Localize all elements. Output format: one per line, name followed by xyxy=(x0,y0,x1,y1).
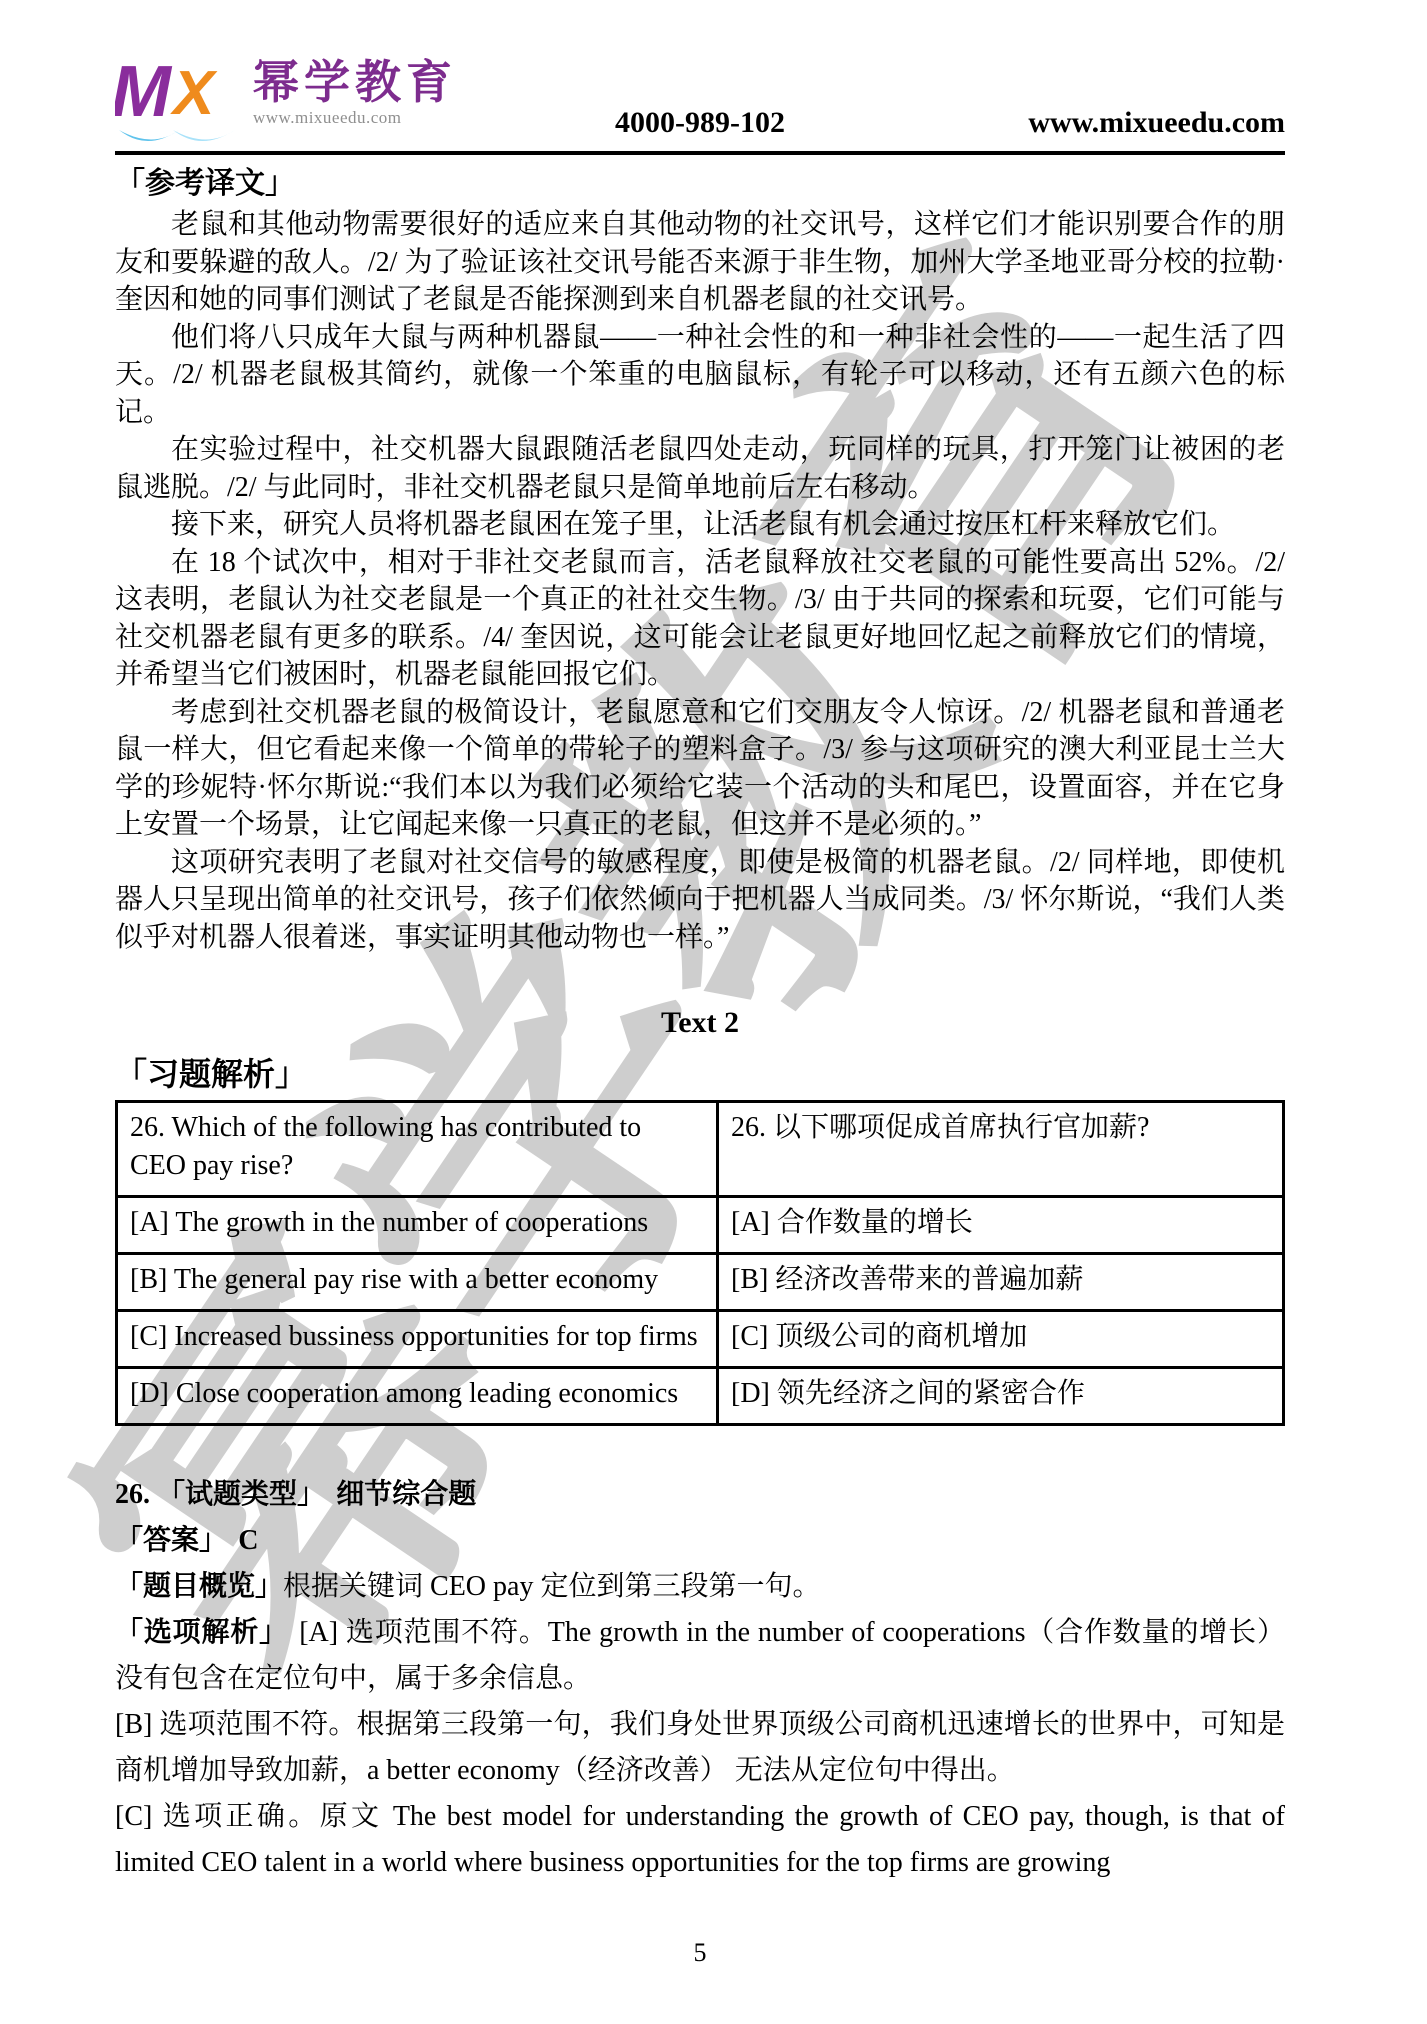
overview-text: 根据关键词 CEO pay 定位到第三段第一句。 xyxy=(283,1571,820,1602)
table-cell-english: [A] The growth in the number of cooperat… xyxy=(117,1197,718,1254)
translation-paragraph: 考虑到社交机器老鼠的极简设计，老鼠愿意和它们交朋友令人惊讶。/2/ 机器老鼠和普… xyxy=(115,694,1285,844)
table-cell-chinese: 26. 以下哪项促成首席执行官加薪? xyxy=(718,1102,1284,1197)
table-cell-english: 26. Which of the following has contribut… xyxy=(117,1102,718,1197)
table-cell-english: [C] Increased bussiness opportunities fo… xyxy=(117,1311,718,1368)
translation-paragraph: 在 18 个试次中，相对于非社交老鼠而言，活老鼠释放社交老鼠的可能性要高出 52… xyxy=(115,544,1285,694)
translation-paragraph: 他们将八只成年大鼠与两种机器鼠——一种社会性的和一种非社会性的——一起生活了四天… xyxy=(115,319,1285,432)
exercise-analysis-heading: 「习题解析」 xyxy=(115,1052,1285,1096)
header-divider xyxy=(115,151,1285,155)
option-c-text: [C] 选项正确。原文 The best model for understan… xyxy=(115,1801,1285,1878)
question-26-analysis: 26. 「试题类型」细节综合题 「答案」C 「题目概览」根据关键词 CEO pa… xyxy=(115,1472,1285,1886)
translation-paragraph: 接下来，研究人员将机器老鼠困在笼子里，让活老鼠有机会通过按压杠杆来释放它们。 xyxy=(115,506,1285,544)
table-row: [C] Increased bussiness opportunities fo… xyxy=(117,1311,1284,1368)
question-26-table: 26. Which of the following has contribut… xyxy=(115,1100,1285,1426)
answer-value: C xyxy=(238,1525,258,1556)
question-type-line: 26. 「试题类型」细节综合题 xyxy=(115,1472,1285,1518)
brand-name: 幂学教育 xyxy=(253,58,457,108)
table-row: [B] The general pay rise with a better e… xyxy=(117,1254,1284,1311)
table-cell-chinese: [D] 领先经济之间的紧密合作 xyxy=(718,1368,1284,1425)
option-c-analysis: [C] 选项正确。原文 The best model for understan… xyxy=(115,1794,1285,1886)
reference-translation-heading: 「参考译文」 xyxy=(115,164,1285,204)
text2-heading: Text 2 xyxy=(115,1004,1285,1042)
option-a-analysis: 「选项解析」[A] 选项范围不符。The growth in the numbe… xyxy=(115,1610,1285,1702)
table-row: [D] Close cooperation among leading econ… xyxy=(117,1368,1284,1425)
option-b-analysis: [B] 选项范围不符。根据第三段第一句，我们身处世界顶级公司商机迅速增长的世界中… xyxy=(115,1702,1285,1794)
translation-paragraph: 在实验过程中，社交机器大鼠跟随活老鼠四处走动，玩同样的玩具，打开笼门让被困的老鼠… xyxy=(115,431,1285,506)
table-cell-english: [D] Close cooperation among leading econ… xyxy=(117,1368,718,1425)
overview-label: 「题目概览」 xyxy=(115,1571,283,1602)
table-cell-chinese: [A] 合作数量的增长 xyxy=(718,1197,1284,1254)
translation-paragraph: 这项研究表明了老鼠对社交信号的敏感程度，即使是极简的机器老鼠。/2/ 同样地，即… xyxy=(115,844,1285,957)
question-type-label: 26. 「试题类型」 xyxy=(115,1479,325,1510)
document-page: 幂学教育 M X 幂学教育 www.mixueedu.com 4000-989-… xyxy=(0,0,1427,2024)
question-type-value: 细节综合题 xyxy=(336,1479,476,1510)
table-cell-english: [B] The general pay rise with a better e… xyxy=(117,1254,718,1311)
option-a-text: [A] 选项范围不符。The growth in the number of c… xyxy=(115,1617,1285,1694)
header-website: www.mixueedu.com xyxy=(1028,106,1285,140)
answer-line: 「答案」C xyxy=(115,1518,1285,1564)
overview-line: 「题目概览」根据关键词 CEO pay 定位到第三段第一句。 xyxy=(115,1564,1285,1610)
reference-translation-body: 老鼠和其他动物需要很好的适应来自其他动物的社交讯号，这样它们才能识别要合作的朋友… xyxy=(115,206,1285,956)
table-row: [A] The growth in the number of cooperat… xyxy=(117,1197,1284,1254)
options-label: 「选项解析」 xyxy=(115,1617,288,1648)
translation-paragraph: 老鼠和其他动物需要很好的适应来自其他动物的社交讯号，这样它们才能识别要合作的朋友… xyxy=(115,206,1285,319)
table-cell-chinese: [B] 经济改善带来的普遍加薪 xyxy=(718,1254,1284,1311)
option-b-text: [B] 选项范围不符。根据第三段第一句，我们身处世界顶级公司商机迅速增长的世界中… xyxy=(115,1709,1285,1786)
table-row: 26. Which of the following has contribut… xyxy=(117,1102,1284,1197)
table-cell-chinese: [C] 顶级公司的商机增加 xyxy=(718,1311,1284,1368)
page-header: M X 幂学教育 www.mixueedu.com 4000-989-102 w… xyxy=(115,0,1285,158)
page-number: 5 xyxy=(115,1938,1285,1968)
answer-label: 「答案」 xyxy=(115,1525,227,1556)
